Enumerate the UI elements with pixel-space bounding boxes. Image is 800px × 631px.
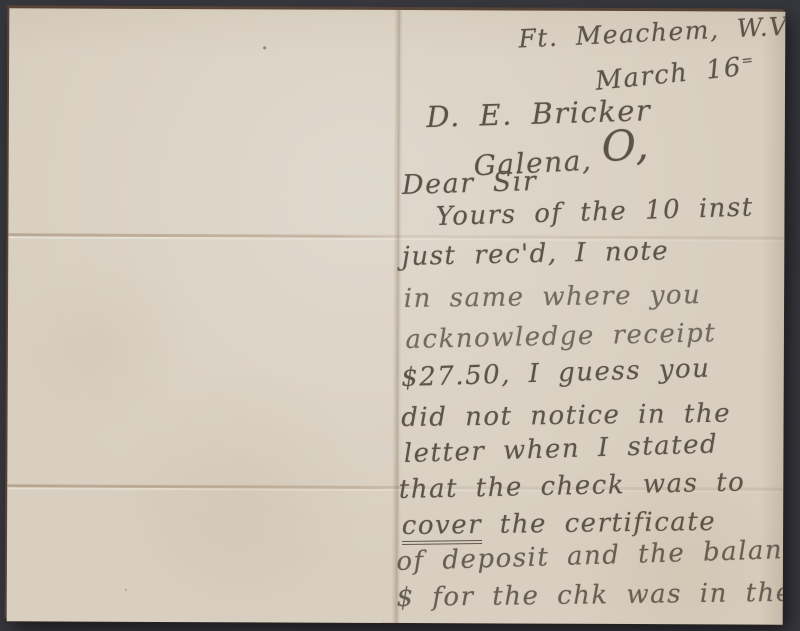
salutation-line: Dear Sir — [402, 166, 538, 201]
body-line-2: just rec'd, I note — [402, 236, 670, 272]
body-line-11: $ for the chk was in the — [396, 578, 785, 613]
body-line-3: in same where you — [404, 280, 702, 314]
letter-paper: Ft. Meachem, W.Va. March 16= D. E. Brick… — [7, 8, 786, 624]
photo-background: Ft. Meachem, W.Va. March 16= D. E. Brick… — [0, 0, 800, 631]
right-edge-shading — [760, 12, 786, 625]
paper-speck — [263, 46, 266, 49]
heading-date-line: March 16= — [594, 51, 755, 97]
body-line-4: acknowledge receipt — [405, 318, 716, 355]
body-line-9: cover the certificate — [402, 507, 717, 541]
underlined-word: cover — [402, 510, 483, 545]
body-line-5: $27.50, I guess you — [401, 354, 711, 393]
body-line-6: did not notice in the — [401, 399, 731, 433]
body-line-9-rest: the certificate — [482, 507, 716, 540]
heading-place-line: Ft. Meachem, W.Va. — [518, 10, 786, 53]
paper-speck — [125, 589, 127, 591]
body-line-7: letter when I stated — [403, 429, 718, 469]
date-text: March 16 — [594, 52, 743, 97]
state-flourish: O, — [600, 120, 651, 171]
date-suffix: = — [741, 52, 754, 69]
body-line-8: that the check was to — [399, 467, 746, 505]
